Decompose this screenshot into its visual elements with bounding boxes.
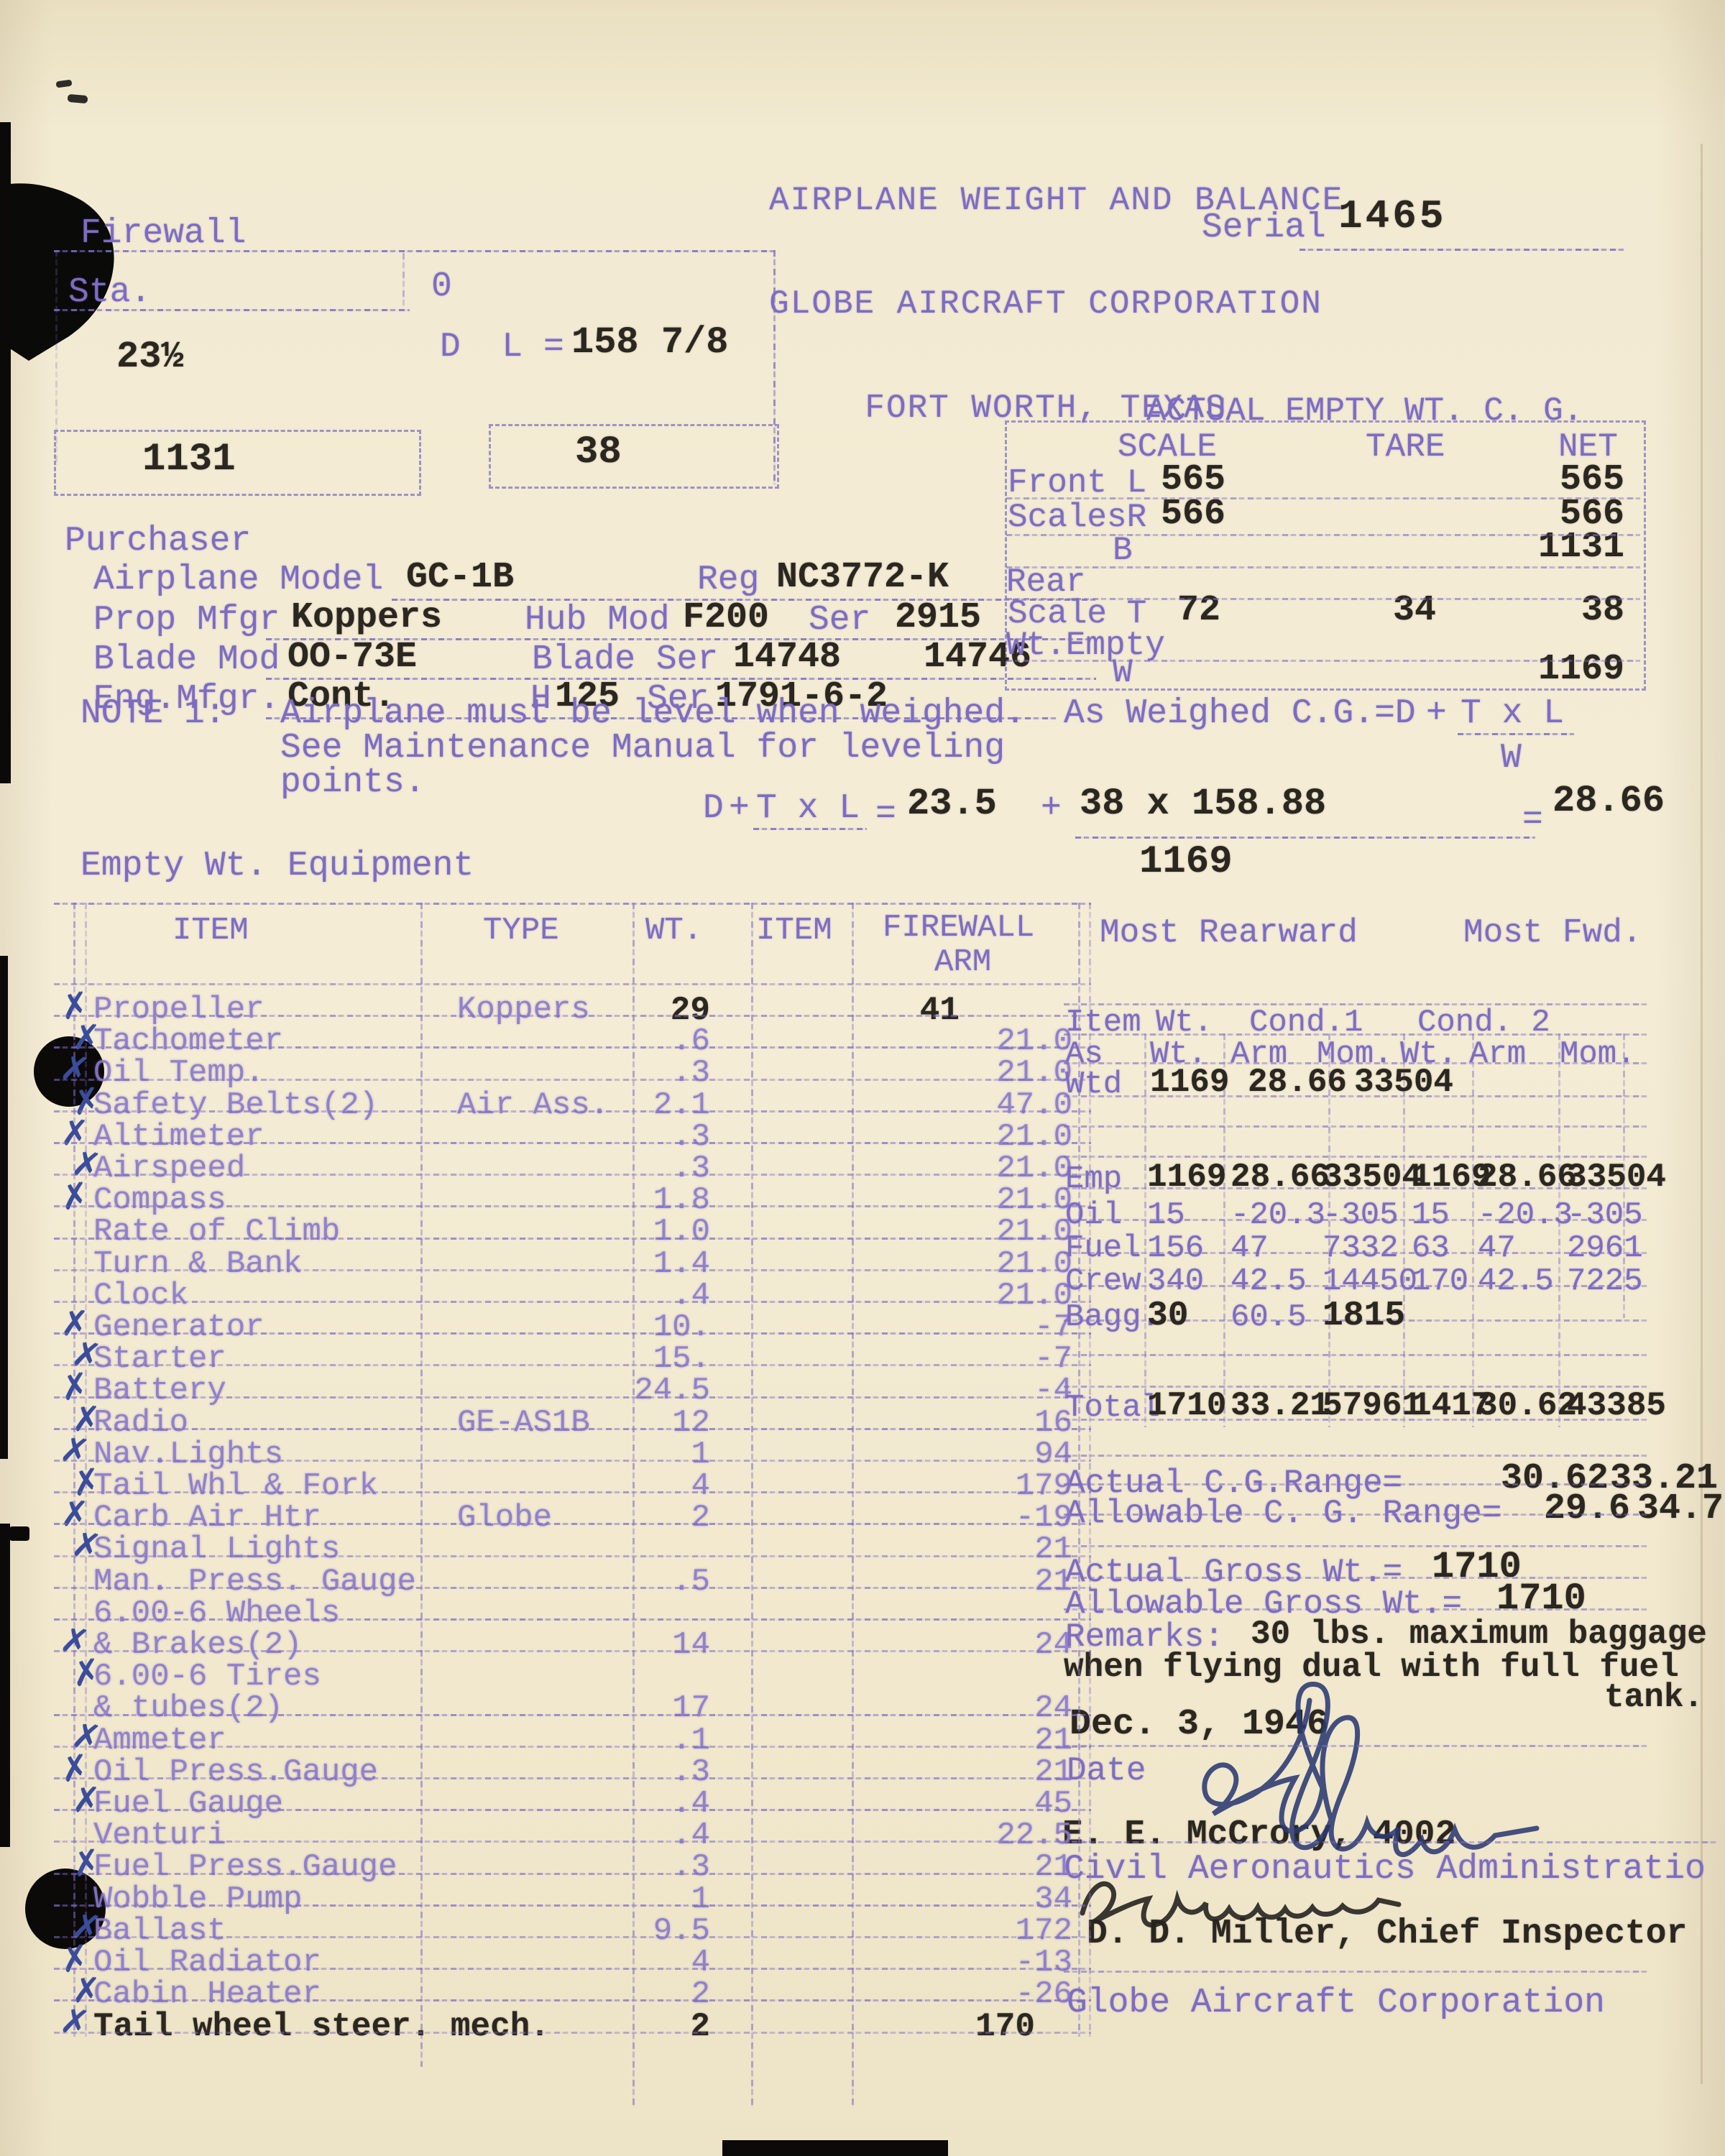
ruled-line [54,1142,1091,1144]
ruled-line-vertical [1472,1033,1474,1427]
equipment-firewall-arm: 21 [906,1533,1072,1566]
hub-mod-value: F200 [683,599,769,637]
cond-subheader: Arm [1469,1038,1526,1071]
scan-bottom-bar [722,2140,948,2156]
allowable-cg-range-min: 29.6 [1544,1491,1630,1529]
cond-cell-value: 33504 [1567,1160,1666,1194]
ruled-line [54,1015,1091,1017]
weigh-row-label: ScalesR [1008,500,1146,535]
equipment-item: Nav.Lights [93,1438,283,1471]
ruled-line [1064,1003,1647,1005]
ruled-line [54,1460,1091,1462]
calc-numerator: T x L [756,791,860,826]
ruled-line [54,1364,1091,1366]
cond-cell-value: 63 [1412,1232,1450,1265]
cond-cell-value: 42.5 [1478,1265,1554,1298]
ruled-line [54,1999,1091,2001]
note-line-3: points. [280,765,425,801]
cond-cell-value: 15 [1412,1199,1450,1232]
empty-wt-equipment-label: Empty Wt. Equipment [80,848,474,884]
equipment-weight: 2.1 [618,1089,710,1122]
equipment-type: GE-AS1B [457,1406,590,1439]
serial-label: Serial [1202,210,1326,246]
hub-ser-value: 2915 [895,599,981,637]
cond-cell-value: 28.66 [1230,1160,1330,1194]
equipment-firewall-arm: 34 [906,1883,1072,1916]
equipment-firewall-arm: 24 [906,1692,1072,1725]
cond-cell-value: 14450 [1322,1265,1417,1298]
equip-header-firewall: FIREWALL [883,911,1034,944]
cond-cell-value: 47 [1478,1232,1516,1265]
equipment-firewall-arm: -19 [906,1501,1072,1534]
cond-cell-value: 43385 [1567,1388,1666,1423]
equipment-item: Radio [93,1406,188,1439]
ruled-line [1006,566,1640,568]
equipment-firewall-arm: -4 [906,1374,1072,1407]
ruled-line [1064,1514,1647,1516]
ruled-line [54,1205,1091,1207]
cond-cell-value: -20.3 [1478,1199,1573,1232]
equipment-weight: .6 [618,1025,710,1058]
weigh-net-value: 1169 [1479,651,1624,689]
scan-edge-strip-bottom [0,1524,10,1847]
cond-cell-value: 28.66 [1248,1065,1347,1100]
equipment-item: Oil Press.Gauge [93,1756,378,1789]
most-rearward-label: Most Rearward [1100,916,1358,950]
reg-value: NC3772-K [776,559,949,597]
equipment-weight: 2 [618,2009,710,2044]
equipment-firewall-arm: 179 [906,1470,1072,1503]
equipment-weight: 1 [618,1438,710,1471]
ruled-line [54,1968,1091,1970]
cond-cell-value: 42.5 [1230,1265,1307,1298]
equipment-item: Ammeter [93,1724,226,1757]
equipment-weight: 14 [618,1628,710,1662]
weigh-row-label: Wt.Empty [1006,628,1165,663]
equipment-firewall-arm: 21 [906,1851,1072,1884]
equipment-weight: 4 [618,1946,710,1979]
equipment-item: Compass [93,1184,226,1217]
equipment-item: Fuel Gauge [93,1787,283,1820]
ruled-line-vertical [751,903,753,2107]
cond-cell-value: 2961 [1567,1232,1643,1265]
equipment-firewall-arm: 21.0 [906,1248,1072,1281]
equipment-weight: 9.5 [618,1915,710,1948]
equipment-weight: .5 [618,1565,710,1598]
scan-speck-2 [68,94,88,103]
equipment-firewall-arm: 21.0 [906,1025,1072,1058]
ruled-line [54,1618,1091,1621]
equipment-firewall-arm: 21 [906,1724,1072,1757]
scan-edge-strip-mid [0,956,8,1459]
equipment-weight: 15. [618,1342,710,1376]
cond-cell-value: 33.21 [1230,1388,1330,1423]
equipment-weight: 10. [618,1311,710,1344]
handwritten-check-x: ✗ [57,2000,92,2045]
ruled-line [1064,1545,1647,1547]
equipment-firewall-arm: 47.0 [906,1089,1072,1122]
ruled-line [54,1269,1091,1271]
cond-cell-value: 7225 [1567,1265,1643,1298]
equipment-weight: 2 [618,1501,710,1534]
ruled-line-vertical [420,903,423,2067]
allowable-cg-range-max: 34.7 [1637,1491,1724,1529]
equipment-weight: 17 [618,1692,710,1725]
cond-cell-value: 156 [1147,1232,1204,1265]
calc-plus-2: + [1041,791,1062,826]
scan-edge-nub [9,1526,29,1541]
ruled-line [54,1396,1091,1399]
equipment-item: 6.00-6 Wheels [93,1597,340,1630]
scan-edge-strip-top [0,122,11,783]
equipment-item: Carb Air Htr [93,1501,321,1534]
ruled-line [54,1936,1091,1938]
ruled-line [54,1587,1091,1589]
equipment-firewall-arm: -13 [906,1946,1072,1979]
note-line-1: Airplane must be level when weighed. [280,696,1026,732]
equipment-weight: .1 [618,1724,710,1757]
equipment-weight: 1 [618,1883,710,1916]
equipment-type: Globe [457,1501,552,1534]
equipment-weight: .3 [618,1152,710,1185]
blade-mod-label: Blade Mod [93,642,280,678]
equipment-firewall-arm: 22.5 [906,1819,1072,1852]
calc-plus: + [729,791,750,826]
equipment-firewall-arm: 21.0 [906,1120,1072,1153]
mccrory-signature [1205,1684,1537,1854]
blade-ser-label: Blade Ser [532,642,718,678]
equipment-weight: .4 [618,1819,710,1852]
ruled-line [1064,1745,1647,1747]
cond-cell-value: 7332 [1322,1232,1399,1265]
weigh-col-tare: TARE [1366,430,1445,464]
equipment-item: & tubes(2) [93,1692,283,1725]
allowable-gross-wt-value: 1710 [1496,1580,1586,1619]
cond-cell-value: 1815 [1322,1298,1405,1334]
cond-cell-value: 340 [1147,1265,1204,1298]
equipment-firewall-arm: 94 [906,1438,1072,1471]
equipment-weight: .4 [618,1279,710,1312]
weight-and-balance-document: AIRPLANE WEIGHT AND BALANCE GLOBE AIRCRA… [0,0,1725,2156]
equip-header-arm: ARM [934,946,991,979]
cond-cell-value: 28.66 [1478,1160,1577,1194]
cond-row-label: Emp [1065,1163,1122,1196]
calc-eq-2: = [1522,802,1543,838]
ruled-line [54,1110,1091,1112]
scan-speck-1 [55,80,72,88]
note-plus-sign: + [1426,696,1447,732]
serial-underline [1299,249,1624,251]
equipment-weight: .4 [618,1787,710,1820]
ruled-line [54,1523,1091,1525]
dl-value: 158 7/8 [571,323,728,363]
calc-v2: 38 x 158.88 [1080,785,1326,824]
ruled-line [54,1428,1091,1430]
equipment-weight: 1.8 [618,1184,710,1217]
equipment-weight: 2 [618,1978,710,2011]
equipment-item: Wobble Pump [93,1883,302,1916]
weigh-row-label: Front L [1008,466,1146,500]
calc-fraction-b ar-1 [753,828,867,830]
company-name: Globe Aircraft Corporation [1067,1985,1605,2021]
equipment-item: Fuel Press.Gauge [93,1851,397,1884]
cond-cell-value: 57961 [1322,1388,1422,1423]
equip-header-type: TYPE [483,914,559,947]
ruled-line [54,903,1091,905]
equipment-weight: .3 [618,1120,710,1153]
equipment-firewall-arm: 21.0 [906,1152,1072,1185]
ruled-line [1006,534,1640,536]
equipment-type: Koppers [457,993,590,1026]
weigh-scale-value: 566 [1161,496,1225,534]
equip-header-item2: ITEM [756,914,832,947]
ruled-line [1064,1841,1718,1843]
ruled-line-vertical [1144,1033,1146,1427]
equipment-item: Oil Temp. [93,1056,264,1089]
equipment-firewall-arm: 41 [866,993,960,1028]
airplane-model-value: GC-1B [406,559,514,597]
rear-net-value: 38 [575,433,622,474]
equipment-firewall-arm: 16 [906,1406,1072,1439]
equip-header-item: ITEM [172,914,249,947]
ruled-line [1064,1971,1647,1973]
equipment-item: Tail Whl & Fork [93,1470,378,1503]
equipment-item: Oil Radiator [93,1946,321,1979]
cond-cell-value: 33504 [1322,1160,1422,1194]
cond-cell-value: -305 [1322,1199,1399,1232]
most-fwd-label: Most Fwd. [1463,916,1642,950]
note-label: NOTE 1: [80,696,226,732]
equipment-weight: .3 [618,1756,710,1789]
equipment-weight: 24.5 [618,1374,710,1407]
equipment-firewall-arm: 21.0 [906,1215,1072,1248]
cond-cell-value: -20.3 [1230,1199,1325,1232]
cond-cell-value: 1710 [1147,1388,1226,1423]
ruled-line [54,1841,1091,1843]
empty-wt-total: 1169 [1139,842,1233,883]
equipment-item: Altimeter [93,1120,264,1153]
ruled-line-vertical [852,903,854,2107]
airplane-model-label: Airplane Model [93,562,383,598]
ruled-line [54,1714,1091,1716]
ruled-line [54,983,1091,985]
calc-fraction-bar-2 [1075,837,1535,839]
cond-cell-value: 30 [1147,1298,1189,1334]
ruled-line [54,1046,1091,1049]
equipment-item: Safety Belts(2) [93,1089,378,1122]
note-fraction-numerator: T x L [1460,696,1564,732]
blade-ser-value-1: 14748 [733,639,841,677]
ruled-line [1064,1608,1647,1611]
ruled-line [54,1174,1091,1176]
note-fraction-bar [1458,733,1574,735]
note-line-2: See Maintenance Manual for leveling [280,730,1005,766]
ruled-line [54,1650,1091,1652]
equipment-item: Starter [93,1342,226,1376]
cond-cell-value: 47 [1230,1232,1269,1265]
equipment-firewall-arm: 21 [906,1565,1072,1598]
remarks-line-2: when flying dual with full fuel [1064,1650,1679,1685]
miller-signature [1082,1884,1399,1925]
equipment-item: Airspeed [93,1152,245,1185]
station-box-divider [402,253,405,308]
equipment-item: Ballast [93,1915,226,1948]
ruled-line [54,1746,1091,1748]
equipment-firewall-arm: 21 [906,1756,1072,1789]
ruled-line [54,1777,1091,1779]
serial-value: 1465 [1338,195,1446,238]
prop-mfgr-label: Prop Mfgr [93,602,280,638]
cond-row-label: Wtd [1065,1068,1122,1101]
cond-row-label: Total [1065,1391,1160,1424]
calc-v1: 23.5 [907,785,997,824]
equipment-item: Tachometer [93,1025,283,1058]
equipment-firewall-arm: -7 [906,1342,1072,1376]
paper-crease [1701,144,1703,2084]
weigh-row-label: B [1113,533,1133,568]
equipment-item: Tail wheel steer. mech. [93,2009,550,2044]
prop-mfgr-value: Koppers [291,599,442,637]
equipment-weight: .3 [618,1056,710,1089]
ruled-line [54,1301,1091,1303]
station-underline [54,309,410,311]
hub-mod-label: Hub Mod [525,602,670,638]
equipment-item: Battery [93,1374,226,1407]
equipment-firewall-arm: -26 [906,1978,1072,2011]
ruled-line [1006,497,1640,499]
equipment-firewall-arm: 24 [906,1628,1072,1662]
note-fraction-denominator: W [1501,740,1522,776]
cond-cell-value: 170 [1412,1265,1468,1298]
cond-row-label: Crew [1065,1265,1141,1298]
cond-subheader: Mom. [1560,1038,1636,1071]
equipment-firewall-arm: 21.0 [906,1279,1072,1312]
equipment-item: Clock [93,1279,188,1312]
front-net-value: 1131 [142,440,236,481]
cond-cell-value: 33504 [1354,1065,1453,1100]
title-line-2: GLOBE AIRCRAFT CORPORATION [769,287,1322,321]
equipment-item: 6.00-6 Tires [93,1660,321,1693]
signature-area [1057,1682,1574,1955]
front-distance-value: 23½ [116,338,184,377]
equipment-item: Propeller [93,993,264,1026]
equipment-type: Air Ass. [457,1089,609,1122]
equipment-item: Turn & Bank [93,1248,302,1281]
cond-cell-value: 15 [1147,1199,1185,1232]
cond-row-label: Oil [1065,1199,1122,1232]
equipment-weight: 1.4 [618,1248,710,1281]
datum-value: 0 [431,269,452,305]
rear-net-box [489,424,779,489]
cond-cell-value: 1169 [1150,1065,1229,1100]
equipment-weight: 1.0 [618,1215,710,1248]
calc-result: 28.66 [1552,782,1665,821]
purchaser-label: Purchaser [65,523,251,559]
remarks-line-3: tank. [1604,1680,1703,1715]
equipment-item: Generator [93,1311,264,1344]
equip-header-wt: WT. [645,914,702,947]
cond-cell-value: 60.5 [1230,1301,1307,1334]
ruled-line [54,1904,1091,1907]
equipment-firewall-arm: 172 [906,1915,1072,1948]
equipment-item: & Brakes(2) [93,1628,302,1662]
ruled-line [54,1491,1091,1493]
dl-label: D L = [440,329,564,365]
hub-ser-label: Ser [809,602,870,638]
calc-d: D [703,791,724,826]
ruled-line [1006,598,1640,600]
ruled-line [54,1809,1091,1811]
cond-cell-value: -305 [1567,1199,1643,1232]
station-box-top-line [54,250,775,252]
equipment-firewall-arm: 45 [906,1787,1072,1820]
equipment-firewall-arm: 170 [920,2009,1035,2044]
handwritten-check-x: ✗ [57,1174,92,1219]
cond-cell-value: 30.62 [1478,1388,1577,1423]
equipment-item: Man. Press. Gauge [93,1565,416,1598]
equipment-item: Signal Lights [93,1533,340,1566]
firewall-label: Firewall [80,216,246,252]
note-as-weighed: As Weighed C.G.=D [1064,696,1416,732]
ruled-line [1006,660,1640,662]
cond-row-label: Fuel [1065,1232,1141,1265]
remarks-line-1: 30 lbs. maximum baggage [1251,1617,1707,1651]
equipment-weight: 4 [618,1470,710,1503]
cond-cell-value: 1169 [1147,1160,1226,1194]
ruled-line [54,1555,1091,1557]
ruled-line [1064,1577,1647,1579]
cond-row-label: Bagg. [1065,1301,1160,1334]
blade-mod-value: OO-73E [287,639,417,677]
ruled-line [54,2032,1091,2034]
equipment-weight: .3 [618,1851,710,1884]
equipment-item: Cabin Heater [93,1978,321,2011]
equipment-firewall-arm: 21.0 [906,1056,1072,1089]
ruled-line [54,1079,1091,1081]
ruled-line [54,1873,1091,1875]
ruled-line [1064,1455,1647,1457]
station-label: Sta. [68,275,151,310]
front-net-box [54,430,421,496]
equipment-weight: 12 [618,1406,710,1439]
equipment-firewall-arm: 21.0 [906,1184,1072,1217]
calc-eq: = [875,796,896,832]
equipment-item: Venturi [93,1819,226,1852]
equipment-item: Rate of Climb [93,1215,340,1248]
ruled-line [1064,1483,1647,1485]
ruled-line [54,1332,1091,1335]
ruled-line [54,1238,1091,1240]
reg-label: Reg [697,562,759,598]
equipment-firewall-arm: -7 [906,1311,1072,1344]
